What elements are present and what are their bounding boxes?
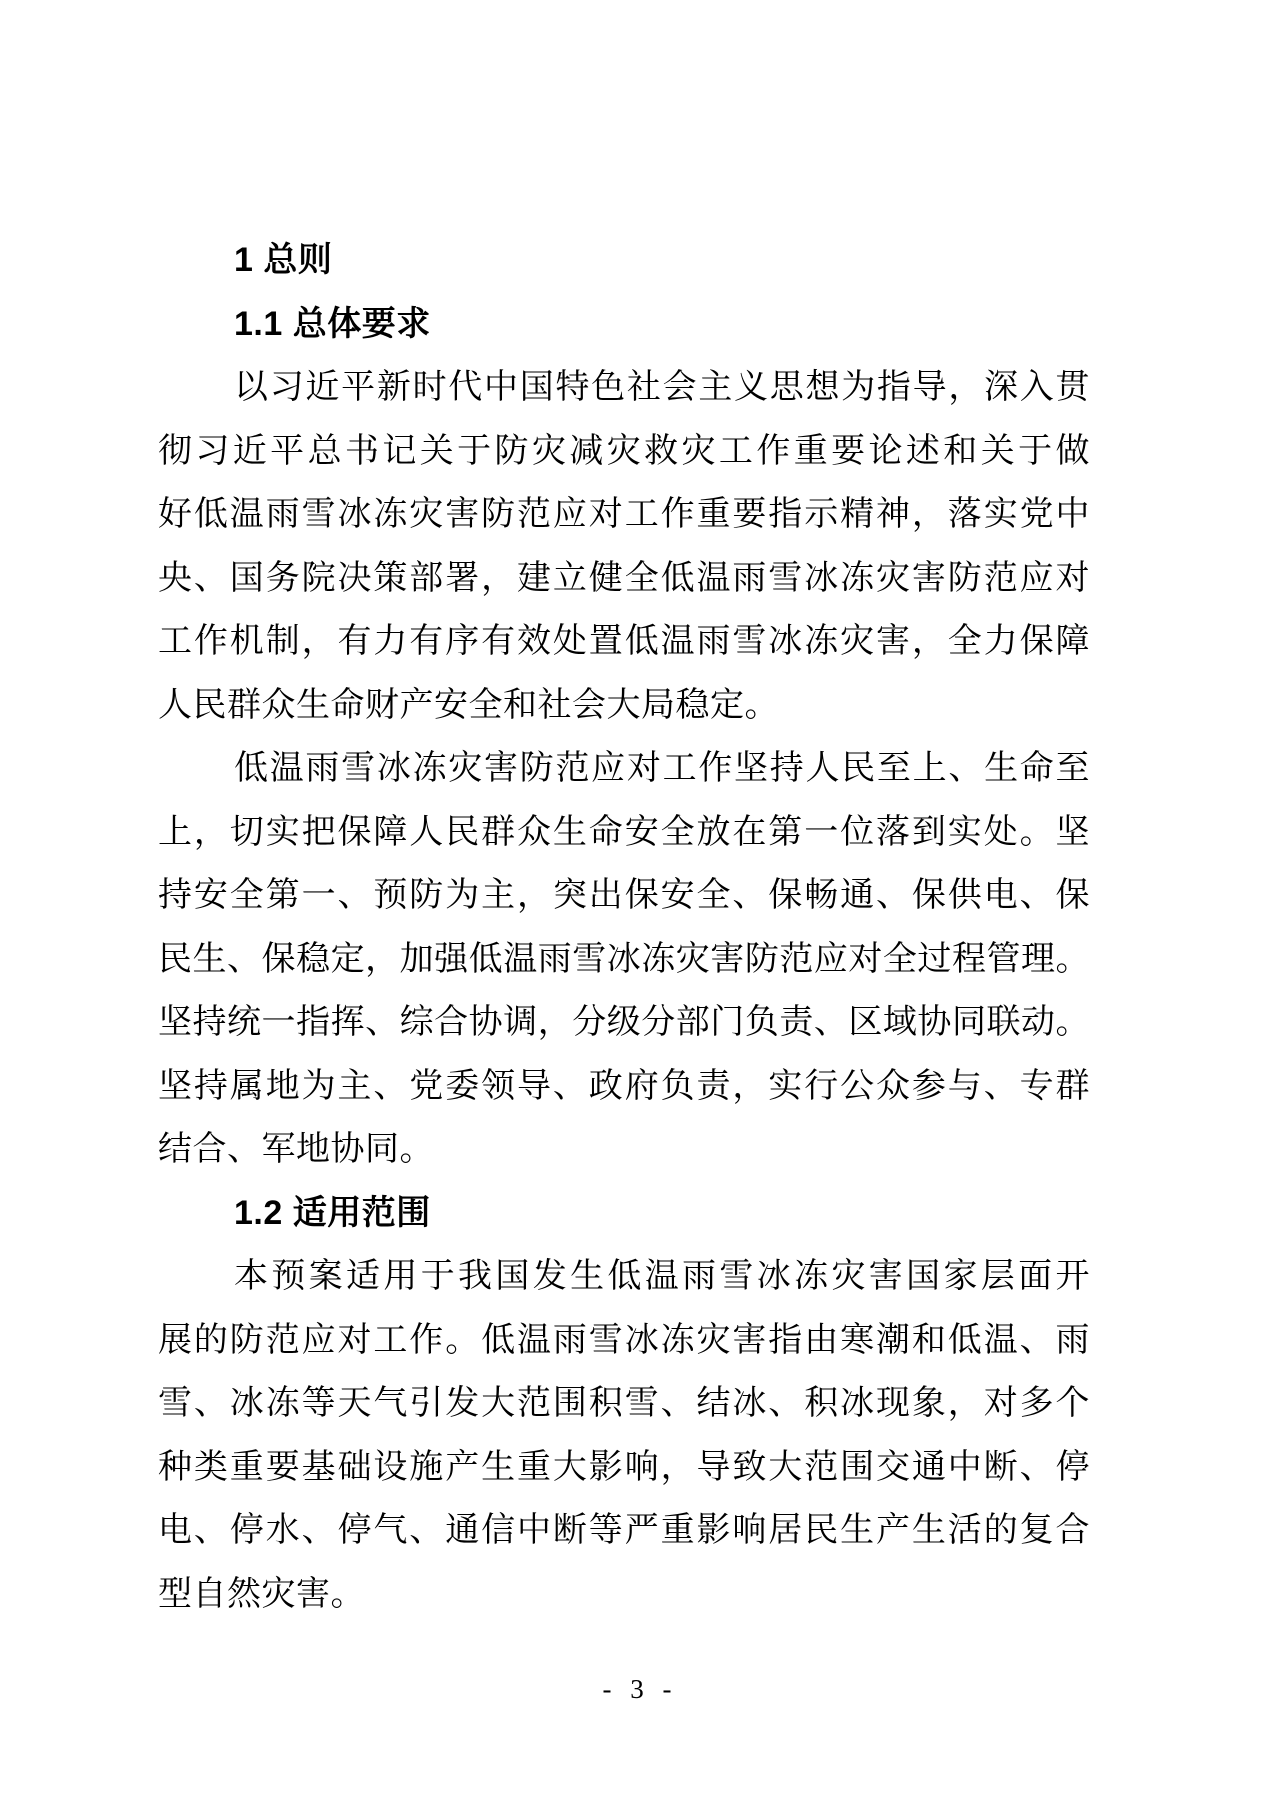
paragraph-line: 本预案适用于我国发生低温雨雪冰冻灾害国家层面开 [158, 1245, 1090, 1309]
paragraph-line: 好低温雨雪冰冻灾害防范应对工作重要指示精神，落实党中 [158, 483, 1090, 547]
paragraph-line: 上，切实把保障人民群众生命安全放在第一位落到实处。坚 [158, 801, 1090, 865]
paragraph-line: 结合、军地协同。 [158, 1118, 1090, 1182]
section-heading-level-2: 1.2 适用范围 [158, 1182, 1090, 1246]
paragraph-line: 低温雨雪冰冻灾害防范应对工作坚持人民至上、生命至 [158, 737, 1090, 801]
paragraph-line: 持安全第一、预防为主，突出保安全、保畅通、保供电、保 [158, 864, 1090, 928]
paragraph-line: 种类重要基础设施产生重大影响，导致大范围交通中断、停 [158, 1436, 1090, 1500]
paragraph-line: 雪、冰冻等天气引发大范围积雪、结冰、积冰现象，对多个 [158, 1372, 1090, 1436]
paragraph-line: 电、停水、停气、通信中断等严重影响居民生产生活的复合 [158, 1499, 1090, 1563]
section-heading-level-1: 1 总则 [158, 229, 1090, 293]
section-heading-level-2: 1.1 总体要求 [158, 293, 1090, 357]
paragraph-line: 展的防范应对工作。低温雨雪冰冻灾害指由寒潮和低温、雨 [158, 1309, 1090, 1373]
paragraph-line: 央、国务院决策部署，建立健全低温雨雪冰冻灾害防范应对 [158, 547, 1090, 611]
page-number: - 3 - [0, 1674, 1280, 1705]
paragraph-line: 人民群众生命财产安全和社会大局稳定。 [158, 674, 1090, 738]
paragraph-line: 工作机制，有力有序有效处置低温雨雪冰冻灾害，全力保障 [158, 610, 1090, 674]
paragraph-line: 坚持属地为主、党委领导、政府负责，实行公众参与、专群 [158, 1055, 1090, 1119]
document-page: 1 总则1.1 总体要求以习近平新时代中国特色社会主义思想为指导，深入贯彻习近平… [0, 0, 1280, 1809]
paragraph-line: 以习近平新时代中国特色社会主义思想为指导，深入贯 [158, 356, 1090, 420]
paragraph-line: 坚持统一指挥、综合协调，分级分部门负责、区域协同联动。 [158, 991, 1090, 1055]
document-content: 1 总则1.1 总体要求以习近平新时代中国特色社会主义思想为指导，深入贯彻习近平… [158, 229, 1090, 1626]
paragraph-line: 型自然灾害。 [158, 1563, 1090, 1627]
paragraph-line: 彻习近平总书记关于防灾减灾救灾工作重要论述和关于做 [158, 420, 1090, 484]
paragraph-line: 民生、保稳定，加强低温雨雪冰冻灾害防范应对全过程管理。 [158, 928, 1090, 992]
